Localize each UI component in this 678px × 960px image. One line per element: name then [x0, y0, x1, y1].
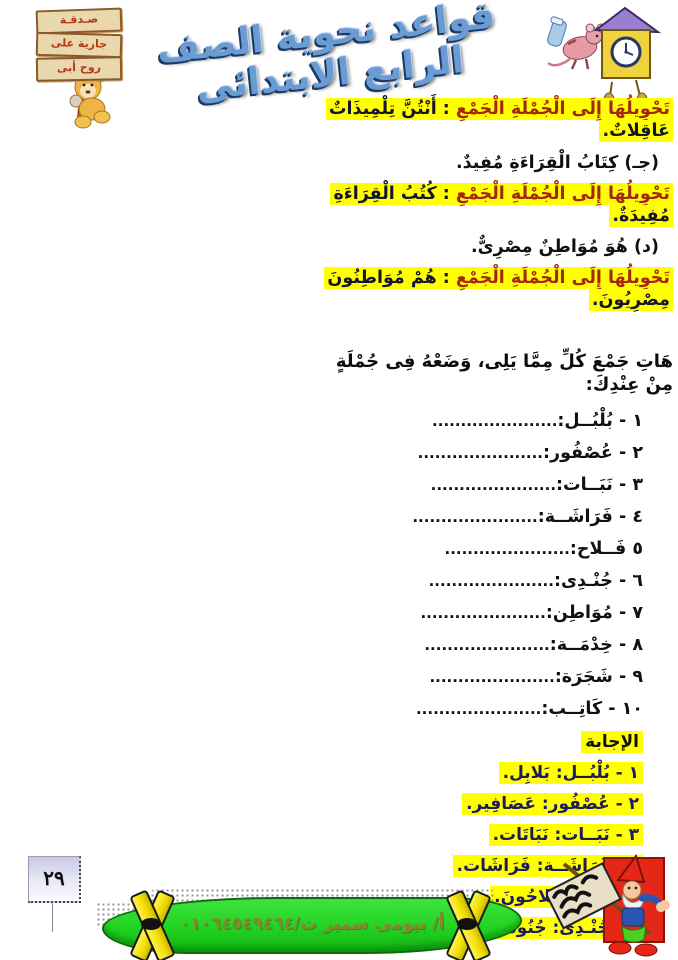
list-item: ٥ فَــلاح:...................... [321, 539, 643, 560]
conversion-line-3: تَحْوِيلُهَا إِلَى الْجُمْلَةِ الْجَمْعِ… [321, 268, 673, 312]
sign-line-1: صـدقـة [60, 12, 99, 26]
page-number: ٢٩ [43, 866, 64, 890]
answer-blank: ...................... [416, 700, 541, 718]
item-label: ٤ - فَرَاشَــة: [538, 507, 643, 527]
sign-line-3: روح أبى [57, 61, 101, 75]
exercise-list: ١ - بُلْبُــل:...................... ٢ -… [321, 411, 673, 720]
answer-blank: ...................... [429, 572, 554, 590]
ribbon-bow-icon [128, 890, 174, 960]
sentence-c: (جـ) كِتَابُ الْقِرَاءَةِ مُفِيدٌ. [321, 153, 659, 175]
mouse-icon [546, 16, 605, 69]
list-item: ١٠ - كَاتِــب:...................... [321, 699, 643, 720]
worksheet-page: { "header": { "title": "قواعد نحوية الصف… [0, 0, 678, 960]
list-item: ١ - بُلْبُــل:...................... [321, 411, 643, 432]
item-label: ١ - بُلْبُــل: [557, 411, 643, 431]
conversion-lead-3: تَحْوِيلُهَا إِلَى الْجُمْلَةِ الْجَمْعِ [456, 268, 670, 288]
answer-blank: ...................... [431, 476, 556, 494]
item-label: ٦ - جُنْـدِى: [554, 571, 643, 591]
list-item: ٢ - عُصْفُور:...................... [321, 443, 643, 464]
ribbon-bow-icon [444, 890, 490, 960]
clock-house-icon [596, 8, 662, 112]
answer-blank: ...................... [424, 636, 549, 654]
conversion-line-1: تَحْوِيلُهَا إِلَى الْجُمْلَةِ الْجَمْعِ… [321, 99, 673, 143]
page-number-box: ٢٩ [28, 856, 81, 903]
answer-blank: ...................... [445, 540, 570, 558]
list-item: ٨ - خِدْمَــة:...................... [321, 635, 643, 656]
conversion-lead-1: تَحْوِيلُهَا إِلَى الْجُمْلَةِ الْجَمْعِ [456, 99, 670, 119]
page-number-stem [52, 902, 53, 932]
list-item: ٣ - نَبَــات:...................... [321, 475, 643, 496]
item-label: ٥ فَــلاح: [570, 539, 643, 559]
exercise-prompt: هَاتِ جَمْعَ كُلِّ مِمَّا يَلِى، وَضَعْه… [321, 350, 673, 397]
answers-heading: الإجابة [321, 731, 643, 753]
list-item: ٦ - جُنْـدِى:...................... [321, 571, 643, 592]
item-label: ١٠ - كَاتِــب: [541, 699, 643, 719]
list-item: ٧ - مُوَاطِن:...................... [321, 603, 643, 624]
gnome-flag-icon [548, 850, 672, 960]
list-item: ٩ - شَجَرَة:...................... [321, 667, 643, 688]
item-label: ٨ - خِدْمَــة: [550, 635, 643, 655]
answer-line: ٢ - عُصْفُور: عَصَافِير. [321, 793, 643, 815]
contact-banner: أ/ بيومى سمير ت/٠١٠٦٤٥٤٩٤٦٤ [102, 897, 522, 954]
item-label: ٩ - شَجَرَة: [555, 667, 643, 687]
sign-plank-1: صـدقـة [36, 8, 123, 35]
answer-blank: ...................... [429, 668, 554, 686]
worksheet-body: تَحْوِيلُهَا إِلَى الْجُمْلَةِ الْجَمْعِ… [321, 99, 673, 948]
answer-blank: ...................... [418, 444, 543, 462]
item-label: ٢ - عُصْفُور: [543, 443, 643, 463]
answer-blank: ...................... [432, 412, 557, 430]
item-label: ٣ - نَبَــات: [556, 475, 643, 495]
list-item: ٤ - فَرَاشَــة:...................... [321, 507, 643, 528]
answer-line: ١ - بُلْبُــل: بَلابِل. [321, 762, 643, 784]
answer-blank: ...................... [420, 604, 545, 622]
teacher-contact: أ/ بيومى سمير ت/٠١٠٦٤٥٤٩٤٦٤ [174, 899, 450, 952]
answer-line: ٣ - نَبَــات: نَبَاتَات. [321, 824, 643, 846]
sentence-d: (د) هُوَ مُوَاطِنٌ مِصْرِىٌّ. [321, 237, 659, 259]
conversion-line-2: تَحْوِيلُهَا إِلَى الْجُمْلَةِ الْجَمْعِ… [321, 184, 673, 228]
item-label: ٧ - مُوَاطِن: [546, 603, 643, 623]
answer-blank: ...................... [412, 508, 537, 526]
conversion-lead-2: تَحْوِيلُهَا إِلَى الْجُمْلَةِ الْجَمْعِ [456, 184, 670, 204]
